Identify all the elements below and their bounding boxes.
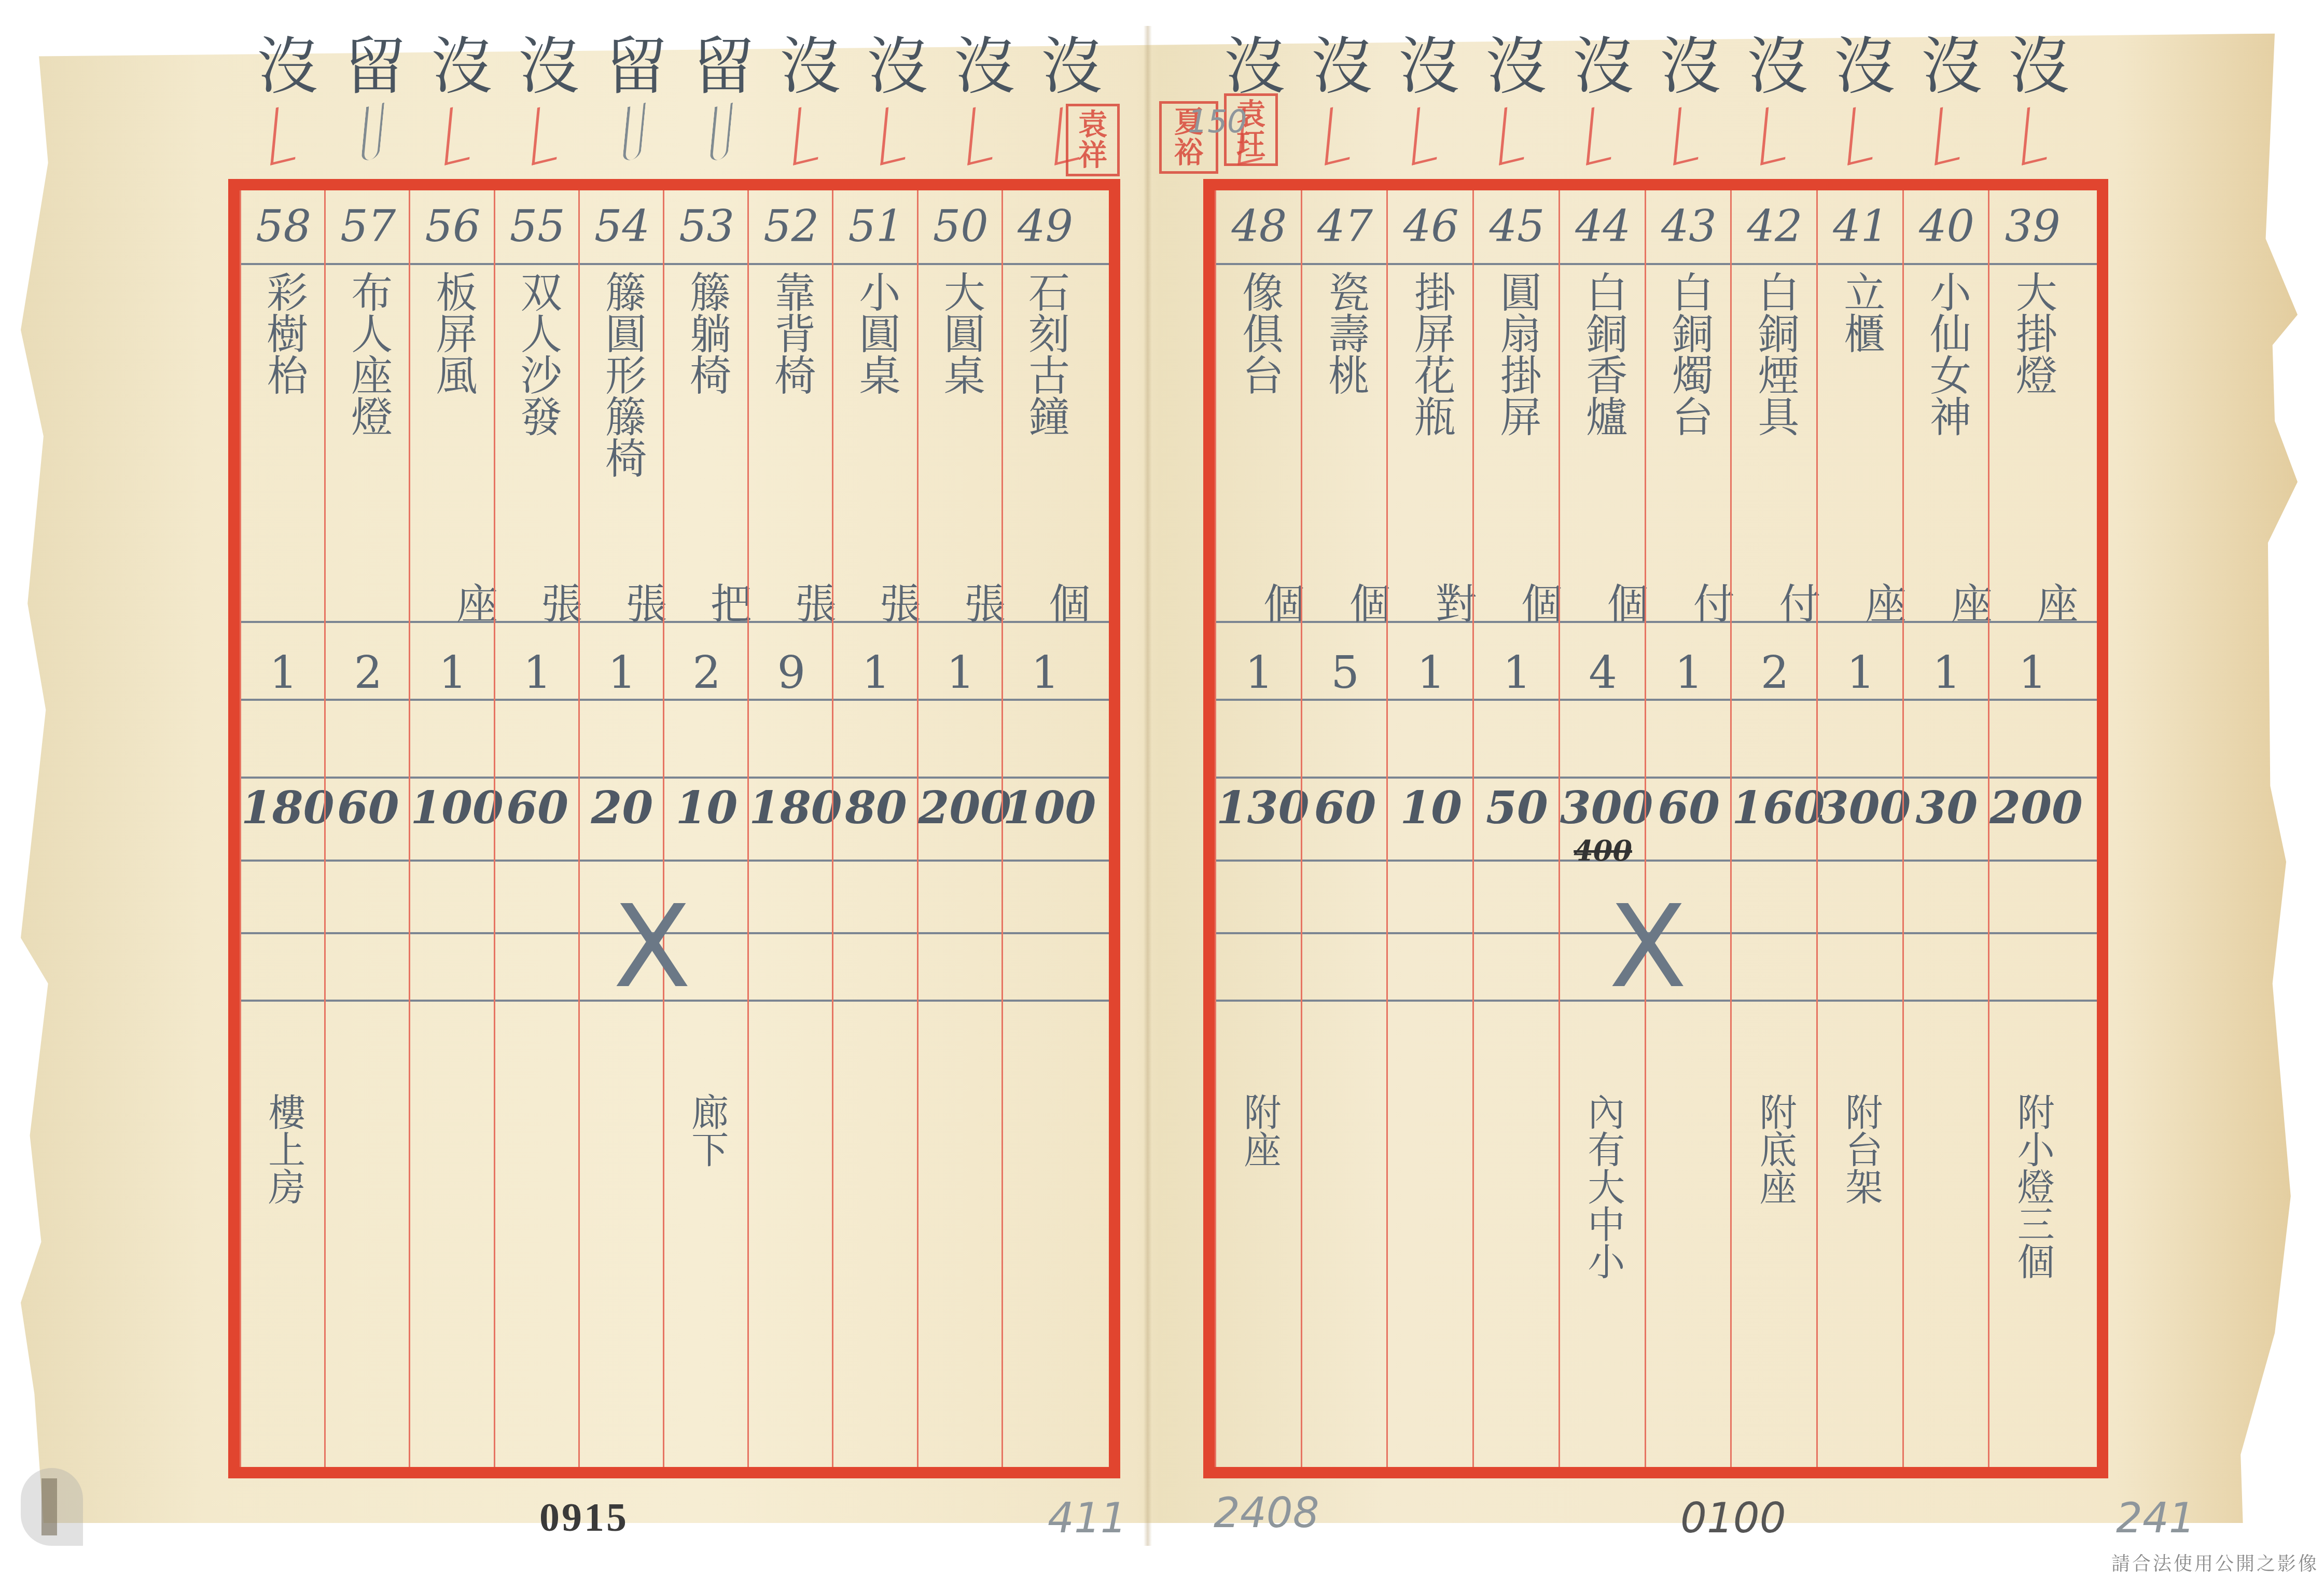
- header-mark: 沒: [780, 36, 837, 171]
- item-cell: 瓷壽桃個: [1302, 271, 1388, 613]
- ledger-column: 49石刻古鐘個1100: [1001, 190, 1088, 1467]
- item-cell: 白銅香爐個: [1560, 271, 1646, 613]
- ledger-column: 55双人沙發張160: [494, 190, 580, 1467]
- item-cell: 像俱台個: [1216, 271, 1302, 613]
- item-unit: 座: [1904, 582, 1990, 624]
- item-cell: 布人座燈: [326, 271, 410, 613]
- remark: 內有大中小: [1582, 1093, 1623, 1280]
- check-mark-icon: [1673, 102, 1703, 165]
- header-mark-char: 沒: [1921, 36, 1978, 99]
- pencil-mark: 2408: [1214, 1489, 1319, 1537]
- ledger-column: 54籐圓形籐椅張120: [578, 190, 664, 1467]
- check-mark-icon: [1412, 102, 1442, 165]
- remark-cell: 廊下: [664, 1093, 749, 1168]
- price: 100: [1003, 782, 1088, 834]
- remark-cell: 附台架: [1818, 1093, 1904, 1205]
- check-mark-icon: [444, 102, 475, 165]
- cross-mark: X: [1609, 880, 1687, 1013]
- item-name: 靠背椅: [770, 271, 813, 395]
- price-value: 60: [337, 782, 399, 834]
- item-unit: 張: [749, 582, 833, 624]
- item-number: 40: [1904, 201, 1990, 252]
- check-mark-icon: [1499, 102, 1529, 165]
- item-unit: 座: [1989, 582, 2076, 624]
- price-value: 180: [749, 782, 842, 834]
- item-cell: 靠背椅張: [749, 271, 833, 613]
- item-cell: 白銅煙具付: [1732, 271, 1818, 613]
- center-fold: [1144, 26, 1152, 1546]
- item-number: 42: [1732, 201, 1818, 252]
- price-value: 100: [1003, 782, 1096, 834]
- item-unit: 付: [1646, 582, 1732, 624]
- quantity: 4: [1560, 647, 1646, 699]
- header-mark: 沒: [2008, 36, 2065, 171]
- header-mark-char: 沒: [1572, 36, 1630, 99]
- price-value: 20: [591, 782, 653, 834]
- item-cell: 籐圓形籐椅張: [580, 271, 664, 613]
- header-mark: 沒: [1921, 36, 1978, 171]
- price-value: 300: [1560, 782, 1653, 834]
- remark-cell: 附底座: [1732, 1093, 1818, 1205]
- item-number: 57: [326, 201, 410, 252]
- ledger-column: 47瓷壽桃個560: [1301, 190, 1388, 1467]
- item-name: 大圓桌: [939, 271, 982, 395]
- item-unit: 張: [833, 582, 918, 624]
- check-mark-icon: [880, 102, 910, 165]
- price: 20: [580, 782, 664, 834]
- item-name: 彩樹枱: [262, 271, 305, 395]
- item-name: 布人座燈: [346, 271, 390, 437]
- header-mark-char: 沒: [431, 36, 488, 99]
- price: 60: [1302, 782, 1388, 834]
- price-value: 80: [845, 782, 907, 834]
- ledger-column: 42白銅煙具付2160附底座: [1730, 190, 1818, 1467]
- price: 30: [1904, 782, 1990, 834]
- header-mark-char: 沒: [1041, 36, 1098, 99]
- price-value: 50: [1486, 782, 1548, 834]
- item-cell: 籐躺椅把: [664, 271, 749, 613]
- item-number: 53: [664, 201, 749, 252]
- item-unit: 個: [1216, 582, 1302, 624]
- item-name: 白銅煙具: [1753, 271, 1797, 437]
- ledger-column: 45圓扇掛屏個150: [1472, 190, 1560, 1467]
- header-mark: 沒: [1747, 36, 1804, 171]
- check-mark-icon: [793, 102, 823, 165]
- ledger-column: 40小仙女神座130: [1902, 190, 1990, 1467]
- quantity: 1: [919, 647, 1003, 699]
- ledger-column: 43白銅燭台付160: [1645, 190, 1732, 1467]
- header-mark-char: 沒: [1747, 36, 1804, 99]
- ledger-column: 50大圓桌張1200: [917, 190, 1003, 1467]
- item-name: 圓扇掛屏: [1495, 271, 1539, 437]
- item-number: 51: [833, 201, 918, 252]
- remark: 附台架: [1840, 1093, 1881, 1205]
- cross-mark: X: [613, 880, 691, 1013]
- quantity: 1: [833, 647, 918, 699]
- ledger-column: 56板屏風座1100: [409, 190, 495, 1467]
- item-cell: 彩樹枱: [241, 271, 326, 613]
- item-number: 46: [1388, 201, 1474, 252]
- item-name: 掛屏花瓶: [1409, 271, 1453, 437]
- price-value: 200: [1989, 782, 2083, 834]
- item-number: 45: [1474, 201, 1560, 252]
- ledger-column: 53籐躺椅把210廊下: [663, 190, 749, 1467]
- price: 60: [326, 782, 410, 834]
- ledger-column: 52靠背椅張9180: [747, 190, 833, 1467]
- check-mark-icon: [709, 103, 732, 162]
- ledger-column: 48像俱台個1130附座: [1215, 190, 1302, 1467]
- quantity: 9: [749, 647, 833, 699]
- remark: 附座: [1238, 1093, 1279, 1168]
- item-number: 41: [1818, 201, 1904, 252]
- header-mark-char: 沒: [257, 36, 314, 99]
- item-unit: 把: [664, 582, 749, 624]
- item-unit: 座: [1818, 582, 1904, 624]
- price-value: 60: [1658, 782, 1720, 834]
- header-mark-char: 沒: [867, 36, 924, 99]
- header-mark: 留: [692, 36, 749, 171]
- page-number: 0915: [539, 1494, 629, 1541]
- price: 200: [1989, 782, 2076, 834]
- quantity: 1: [580, 647, 664, 699]
- price-value: 100: [410, 782, 504, 834]
- item-number: 56: [410, 201, 495, 252]
- header-mark: 沒: [867, 36, 924, 171]
- item-unit: 付: [1732, 582, 1818, 624]
- quantity: 1: [1216, 647, 1302, 699]
- header-mark: 留: [605, 36, 662, 171]
- price: 180: [241, 782, 326, 834]
- item-cell: 白銅燭台付: [1646, 271, 1732, 613]
- check-mark-icon: [967, 102, 997, 165]
- item-name: 白銅香爐: [1581, 271, 1625, 437]
- item-cell: 小仙女神座: [1904, 271, 1990, 613]
- item-name: 白銅燭台: [1667, 271, 1710, 437]
- quantity: 1: [241, 647, 326, 699]
- price: 100: [410, 782, 495, 834]
- price: 200: [919, 782, 1003, 834]
- item-unit: 張: [580, 582, 664, 624]
- item-cell: 石刻古鐘個: [1003, 271, 1088, 613]
- remark-cell: 樓上房: [241, 1093, 326, 1205]
- archive-logo-icon: [21, 1468, 83, 1546]
- remark-cell: 附座: [1216, 1093, 1302, 1168]
- price-value: 160: [1732, 782, 1825, 834]
- price: 80: [833, 782, 918, 834]
- item-name: 瓷壽桃: [1324, 271, 1367, 395]
- header-mark-char: 留: [344, 36, 401, 99]
- item-name: 像俱台: [1237, 271, 1281, 395]
- check-mark-icon: [532, 102, 562, 165]
- quantity: 2: [664, 647, 749, 699]
- header-mark-char: 沒: [954, 36, 1011, 99]
- header-mark-char: 沒: [1660, 36, 1717, 99]
- item-name: 大掛燈: [2011, 271, 2054, 395]
- quantity: 1: [1003, 647, 1088, 699]
- item-number: 39: [1989, 201, 2076, 252]
- pencil-mark: 241: [2116, 1494, 2195, 1542]
- seal-stamp: 袁祥: [1066, 104, 1120, 176]
- price: 10: [1388, 782, 1474, 834]
- price: 10: [664, 782, 749, 834]
- item-name: 小仙女神: [1925, 271, 1968, 437]
- quantity: 1: [1474, 647, 1560, 699]
- quantity: 1: [1989, 647, 2076, 699]
- item-number: 58: [241, 201, 326, 252]
- item-unit: 個: [1003, 582, 1088, 624]
- ledger-column: 57布人座燈260: [324, 190, 410, 1467]
- check-mark-icon: [1935, 102, 1965, 165]
- remark: 廊下: [686, 1093, 727, 1168]
- remark: 樓上房: [263, 1093, 304, 1205]
- header-mark: 沒: [431, 36, 488, 171]
- quantity: 2: [326, 647, 410, 699]
- price-value: 10: [1400, 782, 1462, 834]
- check-mark-icon: [1760, 102, 1790, 165]
- quantity: 1: [495, 647, 580, 699]
- remark-cell: 內有大中小: [1560, 1093, 1646, 1280]
- price-value: 10: [676, 782, 738, 834]
- price: 160: [1732, 782, 1818, 834]
- item-name: 籐圓形籐椅: [600, 271, 644, 478]
- item-name: 立櫃: [1839, 271, 1883, 354]
- header-mark: 沒: [954, 36, 1011, 171]
- ledger-column: 51小圓桌張180: [832, 190, 918, 1467]
- item-unit: 張: [919, 582, 1003, 624]
- item-number: 43: [1646, 201, 1732, 252]
- item-cell: 掛屏花瓶對: [1388, 271, 1474, 613]
- item-cell: 圓扇掛屏個: [1474, 271, 1560, 613]
- price: 130: [1216, 782, 1302, 834]
- item-cell: 大圓桌張: [919, 271, 1003, 613]
- check-mark-icon: [622, 103, 645, 162]
- header-mark: 沒: [1485, 36, 1542, 171]
- right-ledger-table: 48像俱台個1130附座47瓷壽桃個56046掛屏花瓶對11045圓扇掛屏個15…: [1203, 179, 2108, 1478]
- ledger-column: 58彩樹枱1180樓上房: [240, 190, 326, 1467]
- pencil-mark: 0100: [1680, 1494, 1786, 1542]
- header-mark: 沒: [1572, 36, 1630, 171]
- item-cell: 小圓桌張: [833, 271, 918, 613]
- price: 60: [495, 782, 580, 834]
- quantity: 1: [1646, 647, 1732, 699]
- price-value: 30: [1916, 782, 1978, 834]
- price: 50: [1474, 782, 1560, 834]
- header-mark-char: 沒: [780, 36, 837, 99]
- item-number: 47: [1302, 201, 1388, 252]
- header-mark-char: 沒: [518, 36, 575, 99]
- header-mark: 沒: [257, 36, 314, 171]
- remark: 附底座: [1754, 1093, 1795, 1205]
- header-mark-char: 留: [692, 36, 749, 99]
- check-mark-icon: [2022, 102, 2052, 165]
- quantity: 5: [1302, 647, 1388, 699]
- pencil-mark: 411: [1048, 1494, 1127, 1542]
- header-mark-char: 沒: [1834, 36, 1891, 99]
- price-crossed-out: 400: [1560, 834, 1646, 867]
- header-mark-char: 沒: [1311, 36, 1368, 99]
- header-mark: 沒: [1834, 36, 1891, 171]
- remark: 附小燈三個: [2012, 1093, 2053, 1280]
- item-unit: 個: [1302, 582, 1388, 624]
- header-mark-char: 沒: [2008, 36, 2065, 99]
- header-mark-char: 沒: [1224, 36, 1281, 99]
- item-cell: 双人沙發張: [495, 271, 580, 613]
- price: 300400: [1560, 782, 1646, 867]
- item-name: 小圓桌: [854, 271, 898, 395]
- price: 60: [1646, 782, 1732, 834]
- ledger-column: 46掛屏花瓶對110: [1386, 190, 1474, 1467]
- ledger-column: 39大掛燈座1200附小燈三個: [1988, 190, 2076, 1467]
- item-unit: 座: [410, 582, 495, 624]
- item-number: 52: [749, 201, 833, 252]
- item-number: 48: [1216, 201, 1302, 252]
- item-number: 44: [1560, 201, 1646, 252]
- item-unit: 張: [495, 582, 580, 624]
- item-number: 50: [919, 201, 1003, 252]
- price: 180: [749, 782, 833, 834]
- item-cell: 大掛燈座: [1989, 271, 2076, 613]
- item-name: 双人沙發: [516, 271, 559, 437]
- remark-cell: 附小燈三個: [1989, 1093, 2076, 1280]
- price-value: 180: [241, 782, 335, 834]
- header-mark-char: 沒: [1485, 36, 1542, 99]
- quantity: 1: [410, 647, 495, 699]
- check-mark-icon: [1325, 102, 1355, 165]
- price-value: 60: [1314, 782, 1376, 834]
- header-mark-char: 沒: [1398, 36, 1455, 99]
- item-name: 板屏風: [431, 271, 475, 395]
- item-unit: 個: [1560, 582, 1646, 624]
- header-mark: 留: [344, 36, 401, 171]
- quantity: 1: [1818, 647, 1904, 699]
- header-mark: 沒: [518, 36, 575, 171]
- check-mark-icon: [360, 103, 384, 162]
- price: 300: [1818, 782, 1904, 834]
- check-mark-icon: [1586, 102, 1616, 165]
- quantity: 2: [1732, 647, 1818, 699]
- header-mark: 沒: [1311, 36, 1368, 171]
- price-value: 300: [1818, 782, 1911, 834]
- price-value: 130: [1216, 782, 1310, 834]
- item-number: 49: [1003, 201, 1088, 252]
- item-unit: 對: [1388, 582, 1474, 624]
- item-unit: 個: [1474, 582, 1560, 624]
- ledger-column: 44白銅香爐個4300400內有大中小: [1558, 190, 1646, 1467]
- item-name: 籐躺椅: [685, 271, 729, 395]
- ledger-column: 41立櫃座1300附台架: [1816, 190, 1904, 1467]
- left-ledger-table: 58彩樹枱1180樓上房57布人座燈26056板屏風座110055双人沙發張16…: [228, 179, 1120, 1478]
- price-value: 200: [919, 782, 1012, 834]
- price-value: 60: [506, 782, 568, 834]
- item-cell: 板屏風座: [410, 271, 495, 613]
- header-mark: 沒: [1398, 36, 1455, 171]
- check-mark-icon: [1847, 102, 1877, 165]
- check-mark-icon: [270, 102, 300, 165]
- quantity: 1: [1388, 647, 1474, 699]
- watermark: 請合法使用公開之影像: [2111, 1549, 2319, 1576]
- header-mark: 沒: [1660, 36, 1717, 171]
- item-cell: 立櫃座: [1818, 271, 1904, 613]
- item-name: 石刻古鐘: [1023, 271, 1067, 437]
- seal-annotation: 150: [1188, 104, 1247, 140]
- header-mark-char: 留: [605, 36, 662, 99]
- item-number: 54: [580, 201, 664, 252]
- quantity: 1: [1904, 647, 1990, 699]
- item-number: 55: [495, 201, 580, 252]
